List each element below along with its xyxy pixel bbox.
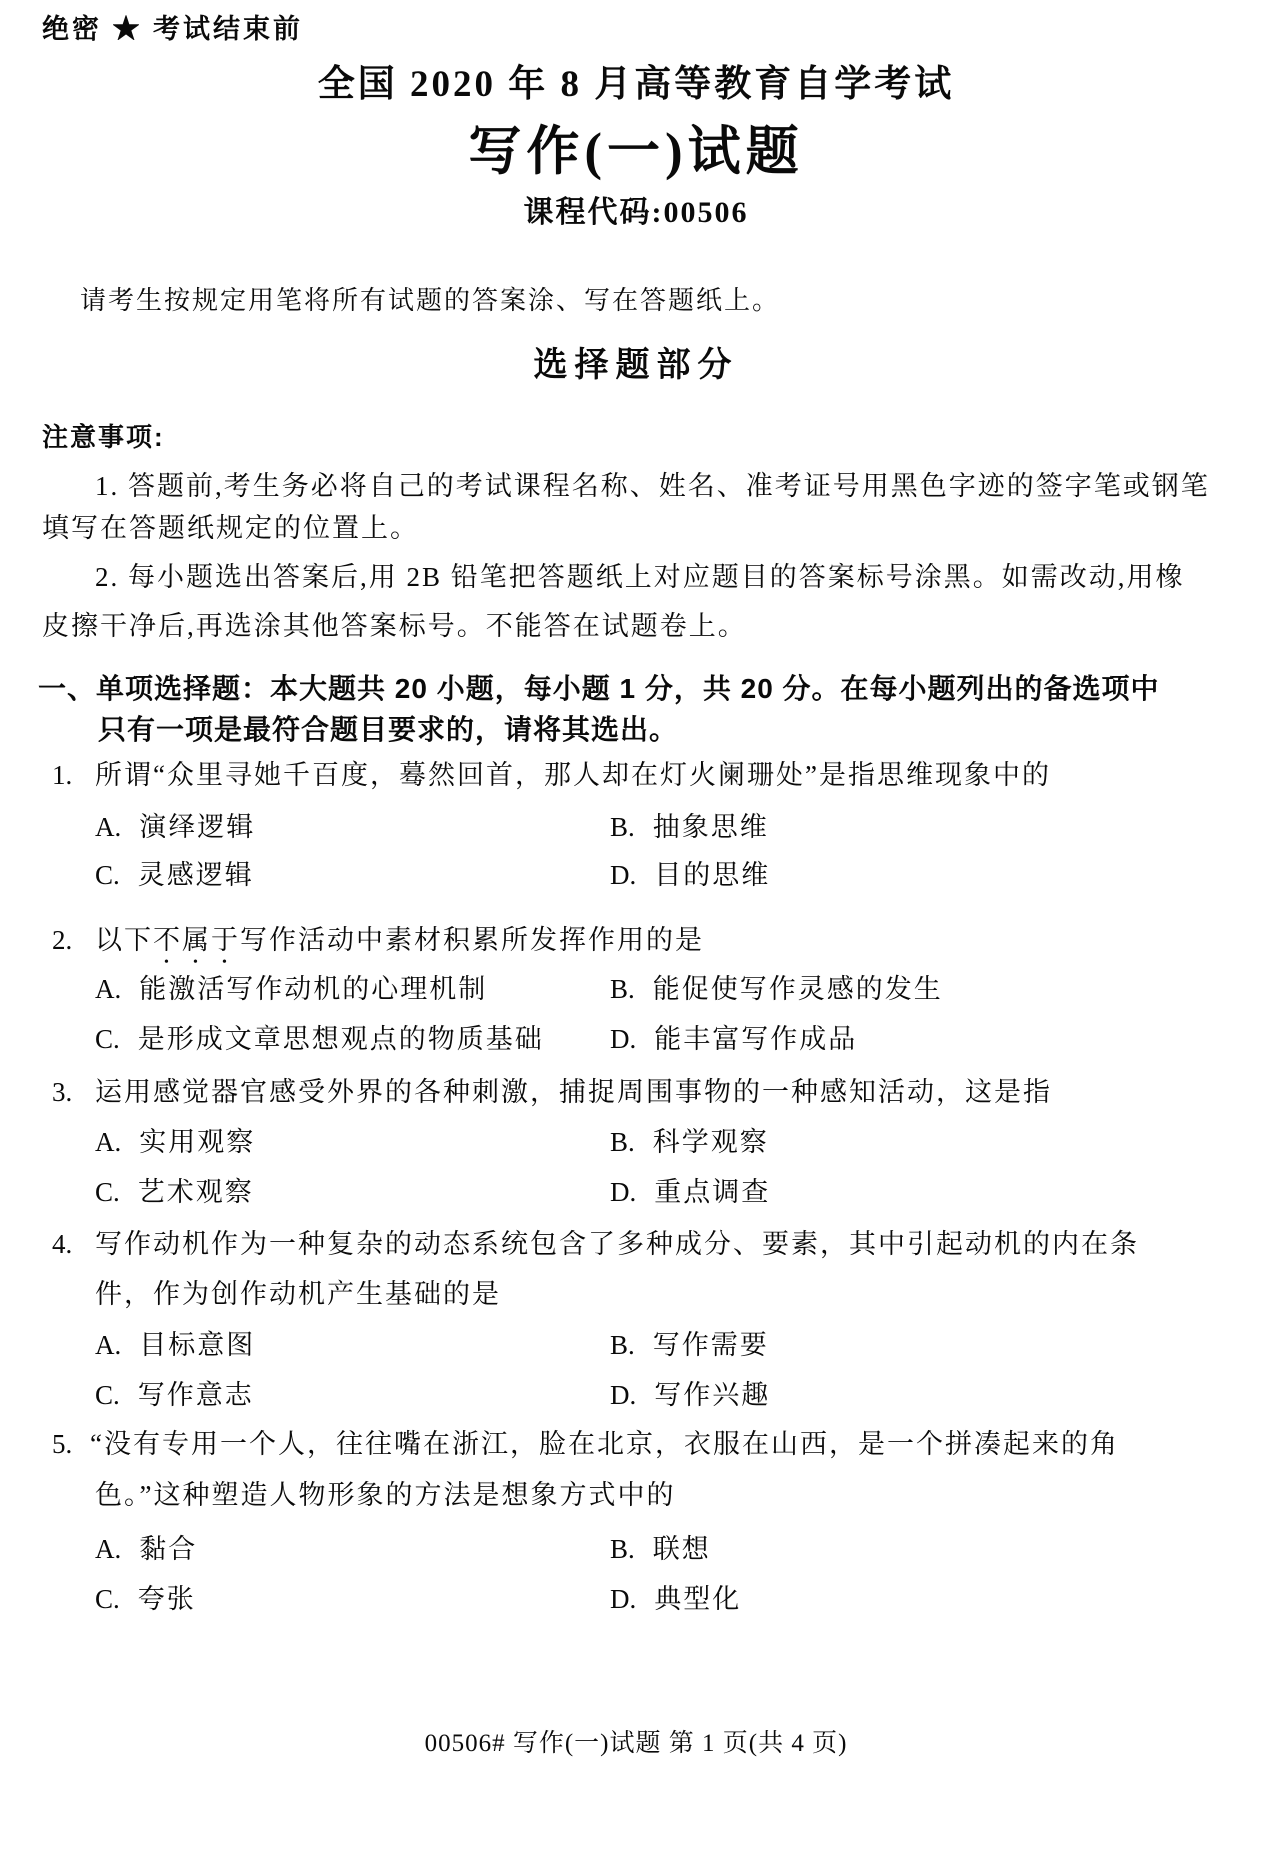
question-3-option-a: A.实用观察	[95, 1127, 255, 1158]
option-letter: A.	[95, 1330, 121, 1361]
question-4-option-a: A.目标意图	[95, 1330, 255, 1361]
option-text: 重点调查	[654, 1177, 770, 1208]
option-letter: A.	[95, 1534, 121, 1565]
option-text: 典型化	[654, 1584, 741, 1615]
option-text: 联想	[653, 1534, 711, 1565]
question-2-stem-suffix: 写作活动中素材积累所发挥作用的是	[240, 925, 704, 955]
note-1-line-1: 1. 答题前,考生务必将自己的考试课程名称、姓名、准考证号用黑色字迹的签字笔或钢…	[95, 471, 1210, 502]
option-letter: C.	[95, 1024, 120, 1055]
question-2-stem-emphasis: 不属于	[153, 925, 240, 955]
option-letter: B.	[610, 1534, 635, 1565]
question-1-number: 1.	[52, 760, 72, 791]
option-letter: A.	[95, 812, 121, 843]
option-text: 目标意图	[139, 1330, 255, 1361]
option-letter: C.	[95, 1584, 120, 1615]
option-letter: D.	[610, 1380, 636, 1411]
paper-title: 写作(一)试题	[0, 122, 1272, 183]
option-text: 艺术观察	[138, 1177, 254, 1208]
question-3-option-c: C.艺术观察	[95, 1177, 254, 1208]
option-letter: C.	[95, 860, 120, 891]
question-2-stem: 以下不属于写作活动中素材积累所发挥作用的是	[95, 925, 704, 970]
course-code: 课程代码:00506	[0, 196, 1272, 231]
question-5-stem-line-1: “没有专用一个人，往往嘴在浙江，脸在北京，衣服在山西，是一个拼凑起来的角	[90, 1429, 1119, 1460]
question-5-number: 5.	[52, 1429, 72, 1460]
question-4-stem-line-1: 写作动机作为一种复杂的动态系统包含了多种成分、要素，其中引起动机的内在条	[95, 1229, 1139, 1260]
option-text: 能激活写作动机的心理机制	[139, 974, 487, 1005]
question-5-option-b: B.联想	[610, 1534, 711, 1565]
question-4-number: 4.	[52, 1229, 72, 1260]
option-text: 是形成文章思想观点的物质基础	[138, 1024, 544, 1055]
option-letter: B.	[610, 1127, 635, 1158]
option-letter: C.	[95, 1380, 120, 1411]
question-1-option-a: A.演绎逻辑	[95, 812, 255, 843]
question-5-option-c: C.夸张	[95, 1584, 196, 1615]
question-5-option-a: A.黏合	[95, 1534, 197, 1565]
option-letter: D.	[610, 1024, 636, 1055]
page-footer: 00506# 写作(一)试题 第 1 页(共 4 页)	[0, 1730, 1272, 1759]
option-text: 夸张	[138, 1584, 196, 1615]
answer-instruction: 请考生按规定用笔将所有试题的答案涂、写在答题纸上。	[80, 286, 780, 316]
question-4-option-c: C.写作意志	[95, 1380, 254, 1411]
question-4-option-b: B.写作需要	[610, 1330, 769, 1361]
question-2-option-c: C.是形成文章思想观点的物质基础	[95, 1024, 544, 1055]
question-5-stem-line-2: 色。”这种塑造人物形象的方法是想象方式中的	[95, 1480, 675, 1511]
option-letter: B.	[610, 1330, 635, 1361]
question-2-option-d: D.能丰富写作成品	[610, 1024, 857, 1055]
part-title: 选择题部分	[0, 346, 1272, 385]
option-text: 写作意志	[138, 1380, 254, 1411]
option-letter: B.	[610, 812, 635, 843]
option-letter: D.	[610, 860, 636, 891]
option-text: 灵感逻辑	[138, 860, 254, 891]
option-letter: A.	[95, 1127, 121, 1158]
option-text: 能促使写作灵感的发生	[653, 974, 943, 1005]
question-1-option-d: D.目的思维	[610, 860, 770, 891]
question-4-stem-line-2: 件，作为创作动机产生基础的是	[95, 1279, 501, 1310]
option-letter: C.	[95, 1177, 120, 1208]
question-1-option-c: C.灵感逻辑	[95, 860, 254, 891]
question-5-option-d: D.典型化	[610, 1584, 741, 1615]
section-one-heading-line-2: 只有一项是最符合题目要求的，请将其选出。	[98, 714, 678, 746]
note-2-line-2: 皮擦干净后,再选涂其他答案标号。不能答在试题卷上。	[42, 611, 747, 642]
option-text: 目的思维	[654, 860, 770, 891]
question-3-number: 3.	[52, 1077, 72, 1108]
security-banner: 绝密 ★ 考试结束前	[42, 14, 303, 45]
option-letter: B.	[610, 974, 635, 1005]
exam-title: 全国 2020 年 8 月高等教育自学考试	[0, 64, 1272, 107]
option-text: 能丰富写作成品	[654, 1024, 857, 1055]
exam-paper-page: 绝密 ★ 考试结束前 全国 2020 年 8 月高等教育自学考试 写作(一)试题…	[0, 0, 1272, 1849]
question-3-stem: 运用感觉器官感受外界的各种刺激，捕捉周围事物的一种感知活动，这是指	[95, 1077, 1052, 1108]
question-1-option-b: B.抽象思维	[610, 812, 769, 843]
option-text: 抽象思维	[653, 812, 769, 843]
note-2-line-1: 2. 每小题选出答案后,用 2B 铅笔把答题纸上对应题目的答案标号涂黑。如需改动…	[95, 562, 1185, 593]
question-1-stem: 所谓“众里寻她千百度，蓦然回首，那人却在灯火阑珊处”是指思维现象中的	[95, 760, 1051, 791]
option-letter: A.	[95, 974, 121, 1005]
question-4-option-d: D.写作兴趣	[610, 1380, 770, 1411]
notes-heading: 注意事项:	[42, 423, 165, 453]
question-2-number: 2.	[52, 925, 72, 956]
option-letter: D.	[610, 1584, 636, 1615]
question-2-stem-prefix: 以下	[95, 925, 153, 955]
option-text: 科学观察	[653, 1127, 769, 1158]
option-text: 演绎逻辑	[139, 812, 255, 843]
option-letter: D.	[610, 1177, 636, 1208]
question-2-option-a: A.能激活写作动机的心理机制	[95, 974, 487, 1005]
note-1-line-2: 填写在答题纸规定的位置上。	[42, 513, 419, 544]
question-3-option-b: B.科学观察	[610, 1127, 769, 1158]
option-text: 实用观察	[139, 1127, 255, 1158]
question-2-option-b: B.能促使写作灵感的发生	[610, 974, 943, 1005]
question-3-option-d: D.重点调查	[610, 1177, 770, 1208]
option-text: 写作需要	[653, 1330, 769, 1361]
option-text: 写作兴趣	[654, 1380, 770, 1411]
option-text: 黏合	[139, 1534, 197, 1565]
section-one-heading-line-1: 一、单项选择题：本大题共 20 小题，每小题 1 分，共 20 分。在每小题列出…	[38, 673, 1160, 705]
